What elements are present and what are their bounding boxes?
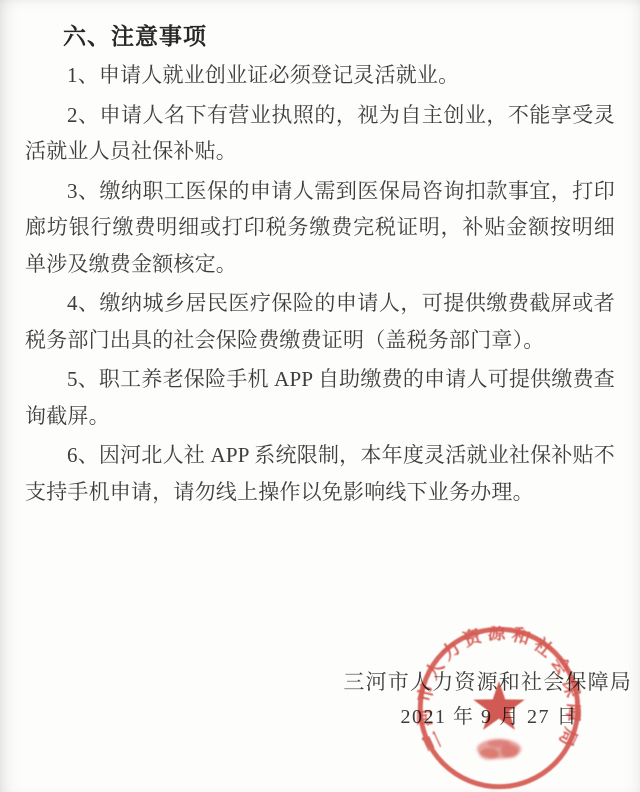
notice-item-4: 4、缴纳城乡居民医疗保险的申请人，可提供缴费截屏或者税务部门出具的社会保险费缴费… xyxy=(25,285,615,358)
issue-date: 2021 年 9 月 27 日 xyxy=(401,703,579,731)
notice-body: 六、注意事项 1、申请人就业创业证必须登记灵活就业。 2、申请人名下有营业执照的… xyxy=(0,0,640,510)
notice-item-2: 2、申请人名下有营业执照的，视为自主创业，不能享受灵活就业人员社保补贴。 xyxy=(25,97,615,170)
notice-item-1: 1、申请人就业创业证必须登记灵活就业。 xyxy=(25,57,615,94)
seal-ink-smudge xyxy=(477,739,521,760)
notice-item-6: 6、因河北人社 APP 系统限制，本年度灵活就业社保补贴不支持手机申请，请勿线上… xyxy=(25,437,615,510)
section-title: 六、注意事项 xyxy=(25,15,615,57)
issuing-authority-signature: 三河市人力资源和社会保障局 xyxy=(343,668,632,696)
notice-item-3: 3、缴纳职工医保的申请人需到医保局咨询扣款事宜，打印廊坊银行缴费明细或打印税务缴… xyxy=(25,173,615,283)
notice-item-5: 5、职工养老保险手机 APP 自助缴费的申请人可提供缴费查询截屏。 xyxy=(25,361,615,434)
scanned-notice-page: 六、注意事项 1、申请人就业创业证必须登记灵活就业。 2、申请人名下有营业执照的… xyxy=(0,0,640,792)
